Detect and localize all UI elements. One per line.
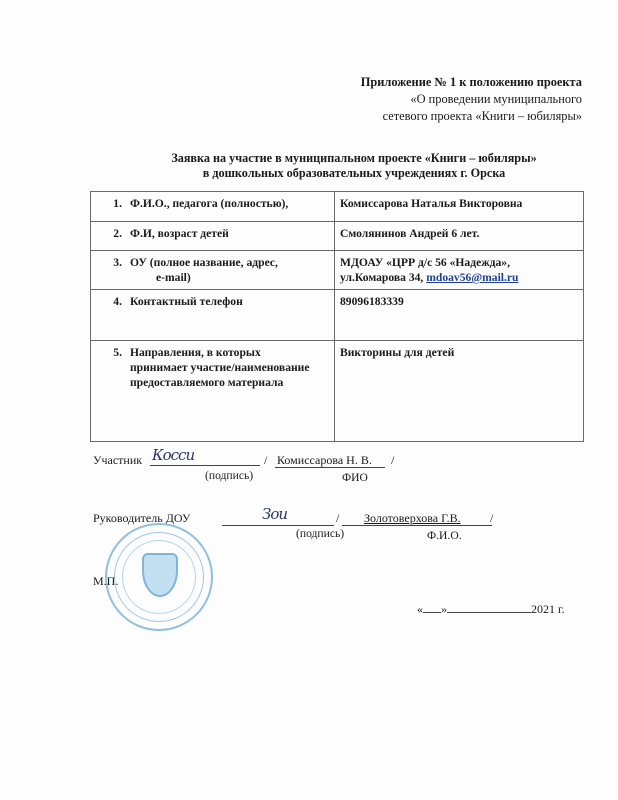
row-label: 3.ОУ (полное название, адрес,e-mail): [91, 251, 335, 290]
participant-label: Участник: [93, 453, 142, 467]
address-value: ул.Комарова 34,: [340, 271, 426, 284]
director-label: Руководитель ДОУ: [93, 511, 190, 525]
row-value: Викторины для детей: [335, 341, 584, 442]
separator-slash: /: [264, 453, 267, 467]
appendix-title: Приложение № 1 к положению проекта: [361, 74, 582, 91]
appendix-subtitle-2: сетевого проекта «Книги – юбиляры»: [361, 108, 582, 125]
official-stamp-icon: [105, 523, 213, 631]
row-label-text: Контактный телефон: [130, 295, 243, 308]
row-label-text: ОУ (полное название, адрес,: [130, 256, 278, 269]
day-blank[interactable]: [423, 600, 441, 613]
separator-slash: /: [336, 511, 339, 525]
director-name-caption: Ф.И.О.: [427, 529, 462, 543]
address-line: ул.Комарова 34, mdoav56@mail.ru: [340, 270, 578, 285]
row-number: 5.: [96, 345, 122, 360]
application-title: Заявка на участие в муниципальном проект…: [0, 151, 618, 181]
row-value: Комиссарова Наталья Викторовна: [335, 192, 584, 222]
phone-value: 89096183339: [340, 295, 404, 308]
application-title-line1: Заявка на участие в муниципальном проект…: [90, 151, 618, 166]
director-sign-caption: (подпись): [296, 527, 344, 541]
table-row: 5.Направления, в которыхпринимает участи…: [91, 341, 584, 442]
table-row: 4.Контактный телефон 89096183339: [91, 290, 584, 341]
row-number: 2.: [96, 226, 122, 241]
appendix-header: Приложение № 1 к положению проекта «О пр…: [361, 74, 582, 125]
row-label-text-2: e-mail): [96, 270, 329, 285]
application-title-line2: в дошкольных образовательных учреждениях…: [90, 166, 618, 181]
application-form-table: 1.Ф.И.О., педагога (полностью), Комиссар…: [90, 191, 584, 442]
stamp-place-label: М.П.: [93, 574, 118, 588]
row-value: Смолянинов Андрей 6 лет.: [335, 222, 584, 251]
row-value: 89096183339: [335, 290, 584, 341]
row-label-text-2: принимает участие/наименование: [96, 360, 329, 375]
row-label: 1.Ф.И.О., педагога (полностью),: [91, 192, 335, 222]
participant-sign-caption: (подпись): [205, 469, 253, 483]
director-signature: Зои: [262, 505, 287, 523]
row-value: МДОАУ «ЦРР д/с 56 «Надежда», ул.Комарова…: [335, 251, 584, 290]
director-signature-line[interactable]: Зои: [222, 508, 334, 526]
month-blank[interactable]: [447, 600, 531, 613]
email-link[interactable]: mdoav56@mail.ru: [426, 271, 518, 284]
row-label: 2.Ф.И, возраст детей: [91, 222, 335, 251]
material-value: Викторины для детей: [340, 346, 454, 359]
row-label-text: Ф.И.О., педагога (полностью),: [130, 197, 288, 210]
institution-value: МДОАУ «ЦРР д/с 56 «Надежда»,: [340, 255, 578, 270]
appendix-subtitle-1: «О проведении муниципального: [361, 91, 582, 108]
table-row: 2.Ф.И, возраст детей Смолянинов Андрей 6…: [91, 222, 584, 251]
participant-name: Комиссарова Н. В.: [275, 453, 385, 468]
row-label: 4.Контактный телефон: [91, 290, 335, 341]
row-label-text: Направления, в которых: [130, 346, 261, 359]
separator-slash: /: [391, 453, 394, 467]
row-label: 5.Направления, в которыхпринимает участи…: [91, 341, 335, 442]
row-label-text-3: предоставляемого материала: [96, 375, 329, 390]
date-field[interactable]: «»2021 г.: [417, 600, 565, 616]
participant-signature-line[interactable]: Косси: [150, 448, 260, 466]
row-label-text: Ф.И, возраст детей: [130, 227, 229, 240]
date-year: 2021 г.: [531, 602, 565, 616]
child-name-value: Смолянинов Андрей 6 лет.: [340, 227, 479, 240]
row-number: 1.: [96, 196, 122, 211]
separator-slash: /: [490, 511, 493, 525]
row-number: 3.: [96, 255, 122, 270]
director-name: Золотоверхова Г.В.: [342, 511, 492, 526]
shield-emblem-icon: [142, 553, 178, 597]
participant-signature: Косси: [152, 446, 194, 464]
participant-name-caption: ФИО: [342, 471, 368, 485]
table-row: 1.Ф.И.О., педагога (полностью), Комиссар…: [91, 192, 584, 222]
teacher-name-value: Комиссарова Наталья Викторовна: [340, 197, 522, 210]
row-number: 4.: [96, 294, 122, 309]
table-row: 3.ОУ (полное название, адрес,e-mail) МДО…: [91, 251, 584, 290]
